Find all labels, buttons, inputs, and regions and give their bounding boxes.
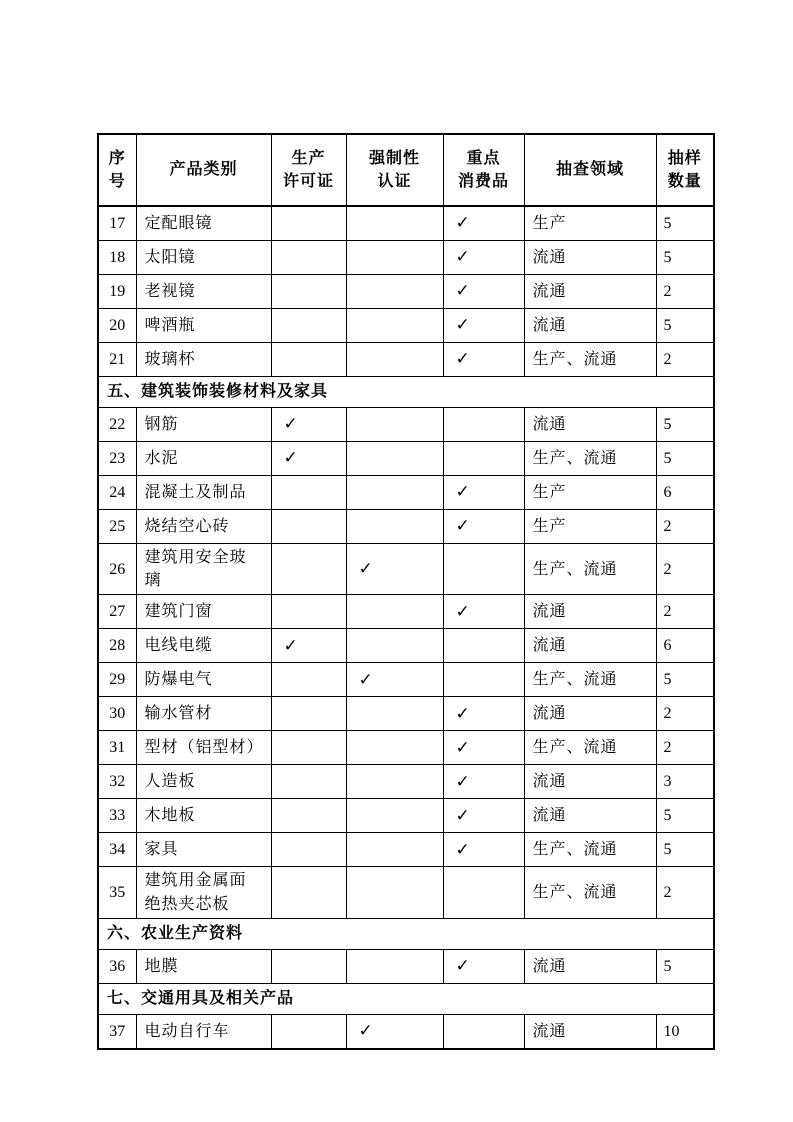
- cell-compulsory-cert-check: [346, 731, 443, 765]
- cell-production-license-check: [271, 275, 346, 309]
- cell-inspection-field: 流通: [524, 408, 656, 442]
- cell-product-category: 型材（铝型材）: [136, 731, 271, 765]
- table-row: 28电线电缆✓流通6: [98, 629, 714, 663]
- cell-key-consumer-checkmark: ✓: [443, 799, 524, 833]
- cell-serial-no: 33: [98, 799, 136, 833]
- cell-production-license-check: [271, 663, 346, 697]
- cell-compulsory-cert-checkmark: ✓: [346, 544, 443, 595]
- cell-key-consumer-checkmark: ✓: [443, 731, 524, 765]
- cell-serial-no: 17: [98, 206, 136, 241]
- cell-product-category: 水泥: [136, 442, 271, 476]
- document-page: 序 号 产品类别 生产 许可证 强制性 认证 重点 消费品 抽查领域 抽样 数量…: [0, 0, 793, 1122]
- cell-inspection-field: 流通: [524, 241, 656, 275]
- cell-production-license-check: [271, 867, 346, 918]
- section-title: 六、农业生产资料: [98, 918, 714, 949]
- cell-inspection-field: 流通: [524, 765, 656, 799]
- cell-serial-no: 31: [98, 731, 136, 765]
- cell-sample-quantity: 5: [656, 241, 714, 275]
- table-row: 37电动自行车✓流通10: [98, 1014, 714, 1049]
- table-row: 26建筑用安全玻 璃✓生产、流通2: [98, 544, 714, 595]
- cell-compulsory-cert-check: [346, 309, 443, 343]
- cell-production-license-check: [271, 595, 346, 629]
- cell-production-license-check: [271, 833, 346, 867]
- cell-production-license-checkmark: ✓: [271, 629, 346, 663]
- col-header-product-category: 产品类别: [136, 134, 271, 206]
- cell-sample-quantity: 2: [656, 343, 714, 377]
- cell-sample-quantity: 5: [656, 206, 714, 241]
- cell-compulsory-cert-check: [346, 241, 443, 275]
- cell-inspection-field: 流通: [524, 949, 656, 983]
- cell-compulsory-cert-check: [346, 206, 443, 241]
- cell-inspection-field: 生产、流通: [524, 544, 656, 595]
- cell-inspection-field: 流通: [524, 1014, 656, 1049]
- table-row: 35建筑用金属面 绝热夹芯板生产、流通2: [98, 867, 714, 918]
- cell-inspection-field: 流通: [524, 799, 656, 833]
- cell-compulsory-cert-check: [346, 629, 443, 663]
- table-row: 30输水管材✓流通2: [98, 697, 714, 731]
- cell-sample-quantity: 2: [656, 867, 714, 918]
- cell-key-consumer-check: [443, 867, 524, 918]
- cell-product-category: 地膜: [136, 949, 271, 983]
- cell-compulsory-cert-check: [346, 442, 443, 476]
- cell-product-category: 建筑门窗: [136, 595, 271, 629]
- cell-serial-no: 28: [98, 629, 136, 663]
- col-header-production-license: 生产 许可证: [271, 134, 346, 206]
- cell-product-category: 定配眼镜: [136, 206, 271, 241]
- cell-serial-no: 32: [98, 765, 136, 799]
- cell-sample-quantity: 2: [656, 275, 714, 309]
- cell-key-consumer-check: [443, 442, 524, 476]
- cell-production-license-check: [271, 309, 346, 343]
- table-row: 17定配眼镜✓生产5: [98, 206, 714, 241]
- cell-sample-quantity: 2: [656, 510, 714, 544]
- table-row: 22钢筋✓流通5: [98, 408, 714, 442]
- cell-compulsory-cert-checkmark: ✓: [346, 663, 443, 697]
- cell-sample-quantity: 10: [656, 1014, 714, 1049]
- cell-key-consumer-checkmark: ✓: [443, 343, 524, 377]
- cell-key-consumer-check: [443, 1014, 524, 1049]
- cell-key-consumer-checkmark: ✓: [443, 241, 524, 275]
- cell-serial-no: 36: [98, 949, 136, 983]
- cell-production-license-check: [271, 697, 346, 731]
- cell-serial-no: 37: [98, 1014, 136, 1049]
- cell-production-license-check: [271, 731, 346, 765]
- cell-sample-quantity: 3: [656, 765, 714, 799]
- cell-compulsory-cert-check: [346, 595, 443, 629]
- cell-compulsory-cert-check: [346, 799, 443, 833]
- cell-key-consumer-checkmark: ✓: [443, 309, 524, 343]
- col-header-compulsory-cert: 强制性 认证: [346, 134, 443, 206]
- cell-key-consumer-check: [443, 629, 524, 663]
- cell-inspection-field: 流通: [524, 309, 656, 343]
- table-body: 17定配眼镜✓生产518太阳镜✓流通519老视镜✓流通220啤酒瓶✓流通521玻…: [98, 206, 714, 1049]
- cell-sample-quantity: 2: [656, 544, 714, 595]
- cell-inspection-field: 生产、流通: [524, 343, 656, 377]
- cell-key-consumer-check: [443, 544, 524, 595]
- table-row: 20啤酒瓶✓流通5: [98, 309, 714, 343]
- cell-compulsory-cert-check: [346, 833, 443, 867]
- cell-compulsory-cert-check: [346, 408, 443, 442]
- cell-key-consumer-checkmark: ✓: [443, 765, 524, 799]
- table-header: 序 号 产品类别 生产 许可证 强制性 认证 重点 消费品 抽查领域 抽样 数量: [98, 134, 714, 206]
- cell-production-license-check: [271, 949, 346, 983]
- cell-compulsory-cert-checkmark: ✓: [346, 1014, 443, 1049]
- cell-inspection-field: 生产: [524, 206, 656, 241]
- table-row: 34家具✓生产、流通5: [98, 833, 714, 867]
- table-row: 21玻璃杯✓生产、流通2: [98, 343, 714, 377]
- cell-production-license-check: [271, 476, 346, 510]
- table-row: 33木地板✓流通5: [98, 799, 714, 833]
- cell-sample-quantity: 5: [656, 408, 714, 442]
- cell-compulsory-cert-check: [346, 949, 443, 983]
- col-header-key-consumer-goods: 重点 消费品: [443, 134, 524, 206]
- cell-sample-quantity: 5: [656, 663, 714, 697]
- section-title: 七、交通用具及相关产品: [98, 983, 714, 1014]
- table-row: 36地膜✓流通5: [98, 949, 714, 983]
- cell-serial-no: 27: [98, 595, 136, 629]
- cell-production-license-check: [271, 799, 346, 833]
- cell-product-category: 电动自行车: [136, 1014, 271, 1049]
- cell-serial-no: 24: [98, 476, 136, 510]
- table-row: 31型材（铝型材）✓生产、流通2: [98, 731, 714, 765]
- cell-serial-no: 18: [98, 241, 136, 275]
- cell-sample-quantity: 2: [656, 595, 714, 629]
- cell-product-category: 电线电缆: [136, 629, 271, 663]
- table-row: 24混凝土及制品✓生产6: [98, 476, 714, 510]
- cell-serial-no: 34: [98, 833, 136, 867]
- cell-inspection-field: 生产、流通: [524, 663, 656, 697]
- cell-compulsory-cert-check: [346, 697, 443, 731]
- cell-serial-no: 35: [98, 867, 136, 918]
- cell-sample-quantity: 2: [656, 731, 714, 765]
- cell-sample-quantity: 5: [656, 442, 714, 476]
- section-title: 五、建筑装饰装修材料及家具: [98, 377, 714, 408]
- cell-inspection-field: 流通: [524, 595, 656, 629]
- cell-production-license-check: [271, 544, 346, 595]
- cell-compulsory-cert-check: [346, 510, 443, 544]
- cell-inspection-field: 生产: [524, 476, 656, 510]
- cell-sample-quantity: 5: [656, 833, 714, 867]
- cell-inspection-field: 生产: [524, 510, 656, 544]
- cell-product-category: 老视镜: [136, 275, 271, 309]
- cell-key-consumer-check: [443, 408, 524, 442]
- cell-product-category: 钢筋: [136, 408, 271, 442]
- cell-inspection-field: 流通: [524, 275, 656, 309]
- cell-product-category: 啤酒瓶: [136, 309, 271, 343]
- cell-product-category: 人造板: [136, 765, 271, 799]
- cell-key-consumer-checkmark: ✓: [443, 275, 524, 309]
- table-row: 18太阳镜✓流通5: [98, 241, 714, 275]
- cell-compulsory-cert-check: [346, 476, 443, 510]
- cell-inspection-field: 生产、流通: [524, 442, 656, 476]
- cell-production-license-check: [271, 1014, 346, 1049]
- cell-product-category: 家具: [136, 833, 271, 867]
- cell-key-consumer-checkmark: ✓: [443, 206, 524, 241]
- cell-serial-no: 23: [98, 442, 136, 476]
- inspection-table: 序 号 产品类别 生产 许可证 强制性 认证 重点 消费品 抽查领域 抽样 数量…: [97, 133, 715, 1050]
- cell-product-category: 混凝土及制品: [136, 476, 271, 510]
- cell-key-consumer-checkmark: ✓: [443, 510, 524, 544]
- cell-sample-quantity: 6: [656, 476, 714, 510]
- cell-serial-no: 26: [98, 544, 136, 595]
- cell-key-consumer-checkmark: ✓: [443, 833, 524, 867]
- section-row: 五、建筑装饰装修材料及家具: [98, 377, 714, 408]
- cell-compulsory-cert-check: [346, 765, 443, 799]
- cell-production-license-check: [271, 241, 346, 275]
- cell-product-category: 建筑用金属面 绝热夹芯板: [136, 867, 271, 918]
- cell-product-category: 太阳镜: [136, 241, 271, 275]
- cell-production-license-check: [271, 343, 346, 377]
- cell-key-consumer-checkmark: ✓: [443, 949, 524, 983]
- cell-production-license-check: [271, 765, 346, 799]
- cell-serial-no: 29: [98, 663, 136, 697]
- cell-key-consumer-checkmark: ✓: [443, 697, 524, 731]
- col-header-inspection-field: 抽查领域: [524, 134, 656, 206]
- col-header-sample-quantity: 抽样 数量: [656, 134, 714, 206]
- cell-product-category: 建筑用安全玻 璃: [136, 544, 271, 595]
- cell-inspection-field: 流通: [524, 697, 656, 731]
- cell-serial-no: 30: [98, 697, 136, 731]
- table-row: 19老视镜✓流通2: [98, 275, 714, 309]
- cell-key-consumer-checkmark: ✓: [443, 476, 524, 510]
- cell-compulsory-cert-check: [346, 275, 443, 309]
- cell-serial-no: 25: [98, 510, 136, 544]
- section-row: 六、农业生产资料: [98, 918, 714, 949]
- table-row: 25烧结空心砖✓生产2: [98, 510, 714, 544]
- cell-compulsory-cert-check: [346, 867, 443, 918]
- header-row: 序 号 产品类别 生产 许可证 强制性 认证 重点 消费品 抽查领域 抽样 数量: [98, 134, 714, 206]
- cell-sample-quantity: 5: [656, 309, 714, 343]
- cell-production-license-checkmark: ✓: [271, 408, 346, 442]
- cell-product-category: 输水管材: [136, 697, 271, 731]
- cell-serial-no: 22: [98, 408, 136, 442]
- cell-product-category: 木地板: [136, 799, 271, 833]
- cell-product-category: 烧结空心砖: [136, 510, 271, 544]
- cell-compulsory-cert-check: [346, 343, 443, 377]
- cell-inspection-field: 流通: [524, 629, 656, 663]
- cell-product-category: 防爆电气: [136, 663, 271, 697]
- cell-serial-no: 19: [98, 275, 136, 309]
- cell-inspection-field: 生产、流通: [524, 833, 656, 867]
- cell-product-category: 玻璃杯: [136, 343, 271, 377]
- table-row: 23水泥✓生产、流通5: [98, 442, 714, 476]
- cell-production-license-check: [271, 510, 346, 544]
- cell-production-license-check: [271, 206, 346, 241]
- cell-key-consumer-check: [443, 663, 524, 697]
- cell-sample-quantity: 6: [656, 629, 714, 663]
- cell-production-license-checkmark: ✓: [271, 442, 346, 476]
- cell-key-consumer-checkmark: ✓: [443, 595, 524, 629]
- cell-serial-no: 21: [98, 343, 136, 377]
- cell-sample-quantity: 5: [656, 949, 714, 983]
- table-row: 29防爆电气✓生产、流通5: [98, 663, 714, 697]
- section-row: 七、交通用具及相关产品: [98, 983, 714, 1014]
- cell-sample-quantity: 5: [656, 799, 714, 833]
- cell-serial-no: 20: [98, 309, 136, 343]
- cell-inspection-field: 生产、流通: [524, 867, 656, 918]
- table-row: 32人造板✓流通3: [98, 765, 714, 799]
- table-row: 27建筑门窗✓流通2: [98, 595, 714, 629]
- col-header-serial-no: 序 号: [98, 134, 136, 206]
- cell-inspection-field: 生产、流通: [524, 731, 656, 765]
- cell-sample-quantity: 2: [656, 697, 714, 731]
